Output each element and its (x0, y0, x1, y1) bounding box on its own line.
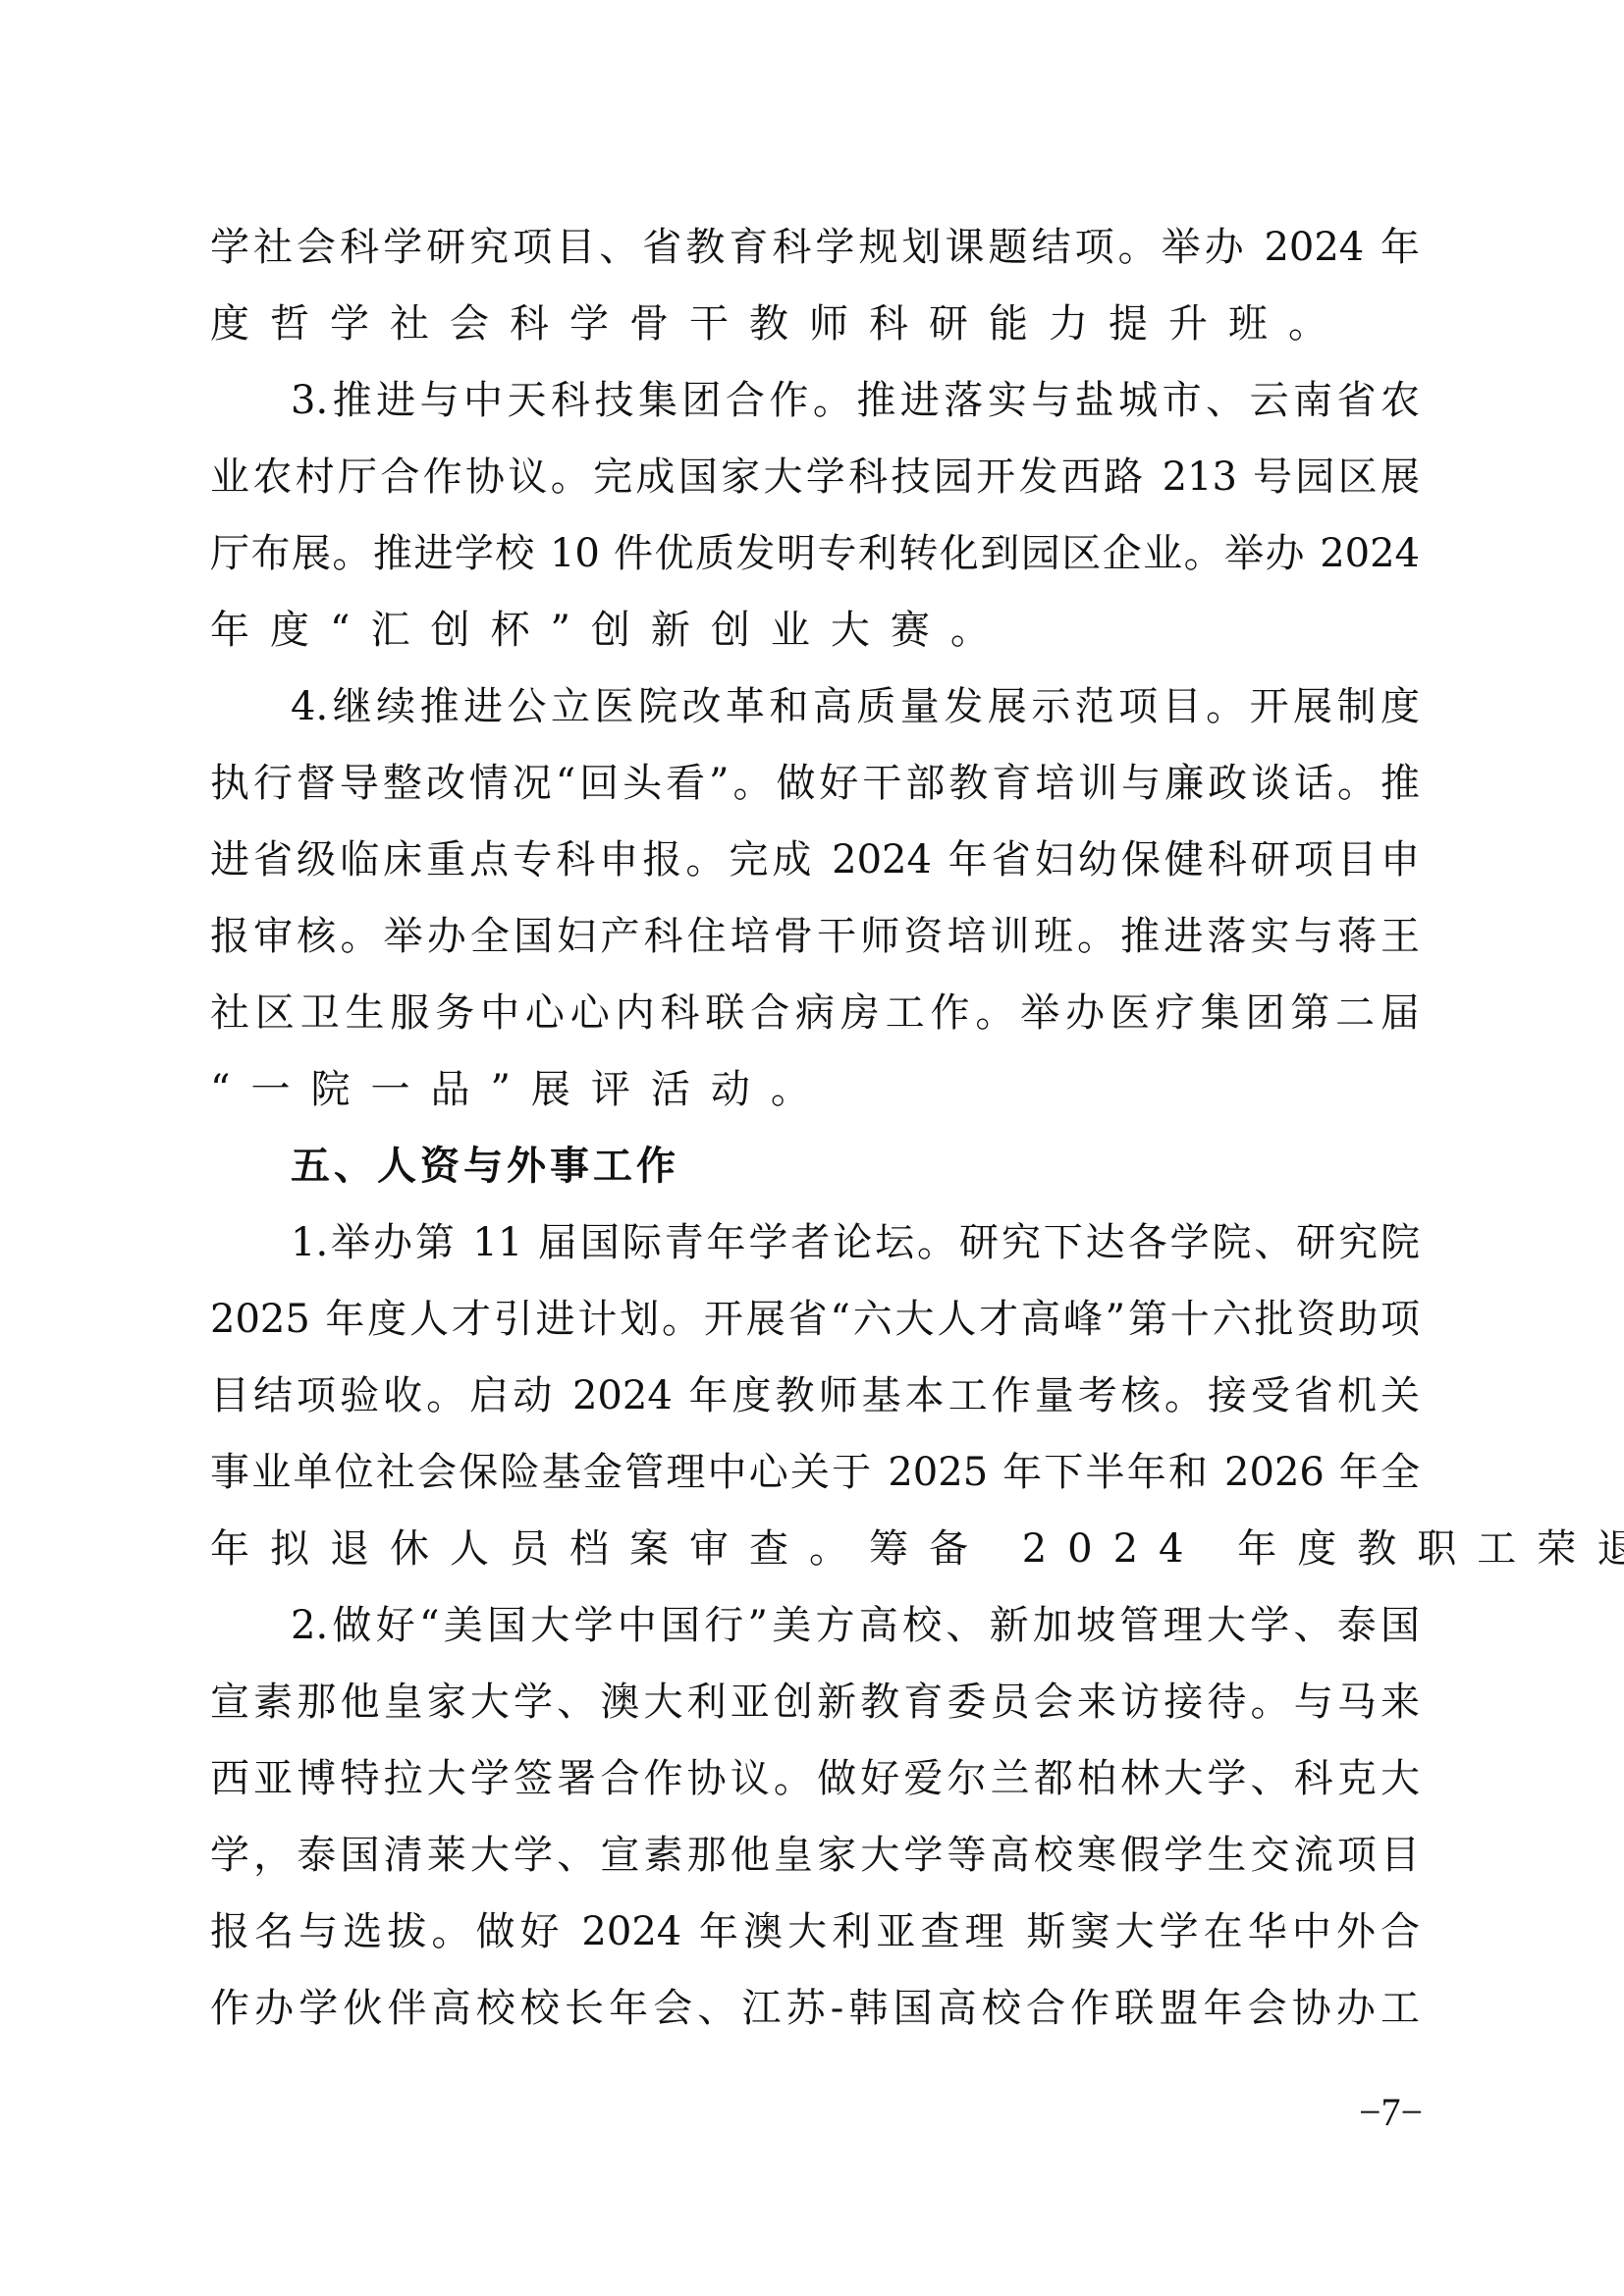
paragraph-line: 作办学伙伴高校校长年会、江苏-韩国高校合作联盟年会协办工 (210, 1979, 1420, 2056)
document-body: 学社会科学研究项目、省教育科学规划课题结项。举办 2024 年 度哲学社会科学骨… (210, 218, 1420, 2056)
paragraph-line: 学，泰国清莱大学、宣素那他皇家大学等高校寒假学生交流项目 (210, 1826, 1420, 1902)
paragraph-line: 1.举办第 11 届国际青年学者论坛。研究下达各学院、研究院 (210, 1213, 1420, 1290)
section-heading: 五、人资与外事工作 (210, 1137, 1420, 1213)
document-page: 学社会科学研究项目、省教育科学规划课题结项。举办 2024 年 度哲学社会科学骨… (0, 0, 1624, 2296)
paragraph-line: 目结项验收。启动 2024 年度教师基本工作量考核。接受省机关 (210, 1366, 1420, 1443)
paragraph-line: “一院一品”展评活动。 (210, 1060, 1420, 1137)
paragraph-line: 度哲学社会科学骨干教师科研能力提升班。 (210, 294, 1420, 371)
paragraph-line: 厅布展。推进学校 10 件优质发明专利转化到园区企业。举办 2024 (210, 524, 1420, 601)
paragraph-line: 3.推进与中天科技集团合作。推进落实与盐城市、云南省农 (210, 371, 1420, 448)
paragraph-line: 年拟退休人员档案审查。筹备 2024 年度教职工荣退仪式。 (210, 1520, 1420, 1596)
paragraph-line: 报名与选拔。做好 2024 年澳大利亚查理 斯窦大学在华中外合 (210, 1902, 1420, 1979)
paragraph-line: 宣素那他皇家大学、澳大利亚创新教育委员会来访接待。与马来 (210, 1673, 1420, 1749)
paragraph-line: 年度“汇创杯”创新创业大赛。 (210, 601, 1420, 677)
paragraph-line: 2.做好“美国大学中国行”美方高校、新加坡管理大学、泰国 (210, 1596, 1420, 1673)
paragraph-line: 西亚博特拉大学签署合作协议。做好爱尔兰都柏林大学、科克大 (210, 1749, 1420, 1826)
paragraph-line: 社区卫生服务中心心内科联合病房工作。举办医疗集团第二届 (210, 984, 1420, 1060)
page-number: −7− (1359, 2089, 1423, 2136)
paragraph-line: 学社会科学研究项目、省教育科学规划课题结项。举办 2024 年 (210, 218, 1420, 294)
paragraph-line: 进省级临床重点专科申报。完成 2024 年省妇幼保健科研项目申 (210, 830, 1420, 907)
paragraph-line: 4.继续推进公立医院改革和高质量发展示范项目。开展制度 (210, 677, 1420, 754)
paragraph-line: 报审核。举办全国妇产科住培骨干师资培训班。推进落实与蒋王 (210, 907, 1420, 984)
paragraph-line: 执行督导整改情况“回头看”。做好干部教育培训与廉政谈话。推 (210, 754, 1420, 830)
paragraph-line: 2025 年度人才引进计划。开展省“六大人才高峰”第十六批资助项 (210, 1290, 1420, 1366)
paragraph-line: 事业单位社会保险基金管理中心关于 2025 年下半年和 2026 年全 (210, 1443, 1420, 1520)
paragraph-line: 业农村厅合作协议。完成国家大学科技园开发西路 213 号园区展 (210, 448, 1420, 524)
